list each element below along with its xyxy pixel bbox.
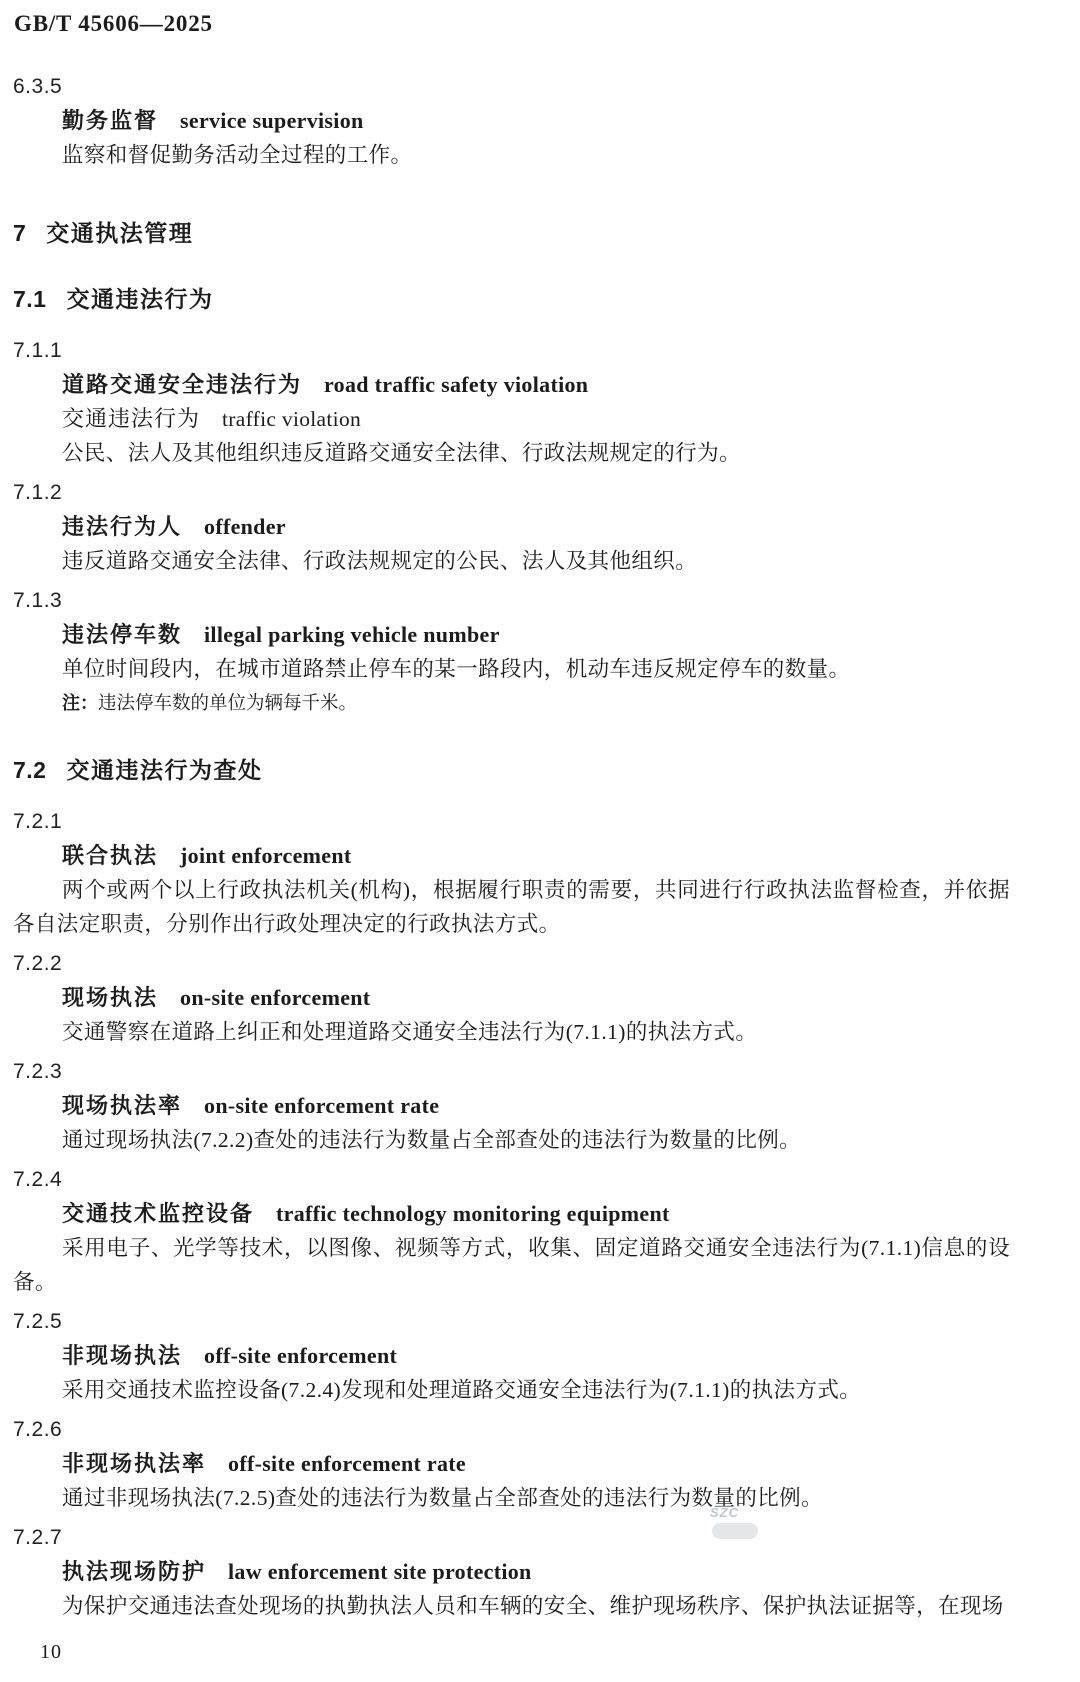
definition-text: 两个或两个以上行政执法机关(机构)，根据履行职责的需要，共同进行行政执法监督检查… [13,873,1010,941]
term-chinese: 现场执法率 [62,1093,182,1118]
definition-text: 公民、法人及其他组织违反道路交通安全法律、行政法规规定的行为。 [13,436,1010,470]
term-entry-7.2.2: 7.2.2现场执法on-site enforcement交通警察在道路上纠正和处… [0,947,1080,1049]
term-entry-7.1.2: 7.1.2违法行为人offender违反道路交通安全法律、行政法规规定的公民、法… [0,476,1080,578]
term-english: traffic violation [222,407,361,431]
term-entry-7.1.1: 7.1.1道路交通安全违法行为road traffic safety viola… [0,334,1080,470]
standard-code-header: GB/T 45606—2025 [14,0,1080,40]
term-row: 执法现场防护law enforcement site protection [62,1555,1080,1589]
clause-number: 7.1.3 [13,584,1080,618]
term-row: 现场执法on-site enforcement [62,981,1080,1015]
term-row: 交通技术监控设备traffic technology monitoring eq… [62,1197,1080,1231]
standard-document-page: GB/T 45606—2025 6.3.5勤务监督service supervi… [0,0,1080,1682]
definition-text: 为保护交通违法查处现场的执勤执法人员和车辆的安全、维护现场秩序、保护执法证据等，… [13,1589,1010,1623]
clause-number: 7.2.4 [13,1163,1080,1197]
term-row: 现场执法率on-site enforcement rate [62,1089,1080,1123]
term-english: offender [204,514,286,539]
clause-number: 7.1.1 [13,334,1080,368]
definition-text: 监察和督促勤务活动全过程的工作。 [13,138,1010,172]
section-title: 交通执法管理 [46,220,193,246]
clause-number: 7.2.6 [13,1413,1080,1447]
term-entry-7.2.4: 7.2.4交通技术监控设备traffic technology monitori… [0,1163,1080,1299]
clause-number: 7.2.1 [13,805,1080,839]
term-row: 联合执法joint enforcement [62,839,1080,873]
clause-number: 7.2.5 [13,1305,1080,1339]
definition-text: 交通警察在道路上纠正和处理道路交通安全违法行为(7.1.1)的执法方式。 [13,1015,1010,1049]
term-chinese: 联合执法 [62,843,158,868]
term-entry-7.2.1: 7.2.1联合执法joint enforcement两个或两个以上行政执法机关(… [0,805,1080,941]
term-chinese: 现场执法 [62,985,158,1010]
section-number: 7.1 [13,286,46,312]
definition-text: 采用电子、光学等技术，以图像、视频等方式，收集、固定道路交通安全违法行为(7.1… [13,1231,1010,1299]
term-chinese: 违法行为人 [62,514,182,539]
page-number: 10 [40,1635,1080,1669]
term-english: off-site enforcement [204,1343,397,1368]
term-english: on-site enforcement [180,985,370,1010]
term-chinese: 勤务监督 [62,108,158,133]
term-row: 违法行为人offender [62,510,1080,544]
definition-text: 单位时间段内，在城市道路禁止停车的某一路段内，机动车违反规定停车的数量。 [13,652,1010,686]
definition-text: 采用交通技术监控设备(7.2.4)发现和处理道路交通安全违法行为(7.1.1)的… [13,1373,1010,1407]
term-entry-7.2.6: 7.2.6非现场执法率off-site enforcement rate通过非现… [0,1413,1080,1515]
term-english: on-site enforcement rate [204,1093,439,1118]
note-text: 违法停车数的单位为辆每千米。 [98,694,357,714]
term-english: illegal parking vehicle number [204,622,500,647]
term-chinese: 交通违法行为 [62,406,200,431]
term-row: 勤务监督service supervision [62,104,1080,138]
term-english: law enforcement site protection [228,1559,532,1584]
term-row: 非现场执法off-site enforcement [62,1339,1080,1373]
section-title: 交通违法行为查处 [66,757,262,783]
term-row: 非现场执法率off-site enforcement rate [62,1447,1080,1481]
definition-text: 通过现场执法(7.2.2)查处的违法行为数量占全部查处的违法行为数量的比例。 [13,1123,1010,1157]
clause-number: 7.2.7 [13,1521,1080,1555]
term-entry-7.1.3: 7.1.3违法停车数illegal parking vehicle number… [0,584,1080,721]
section-heading-7: 7交通执法管理 [13,216,1080,250]
section-number: 7 [13,220,26,246]
term-english: joint enforcement [180,843,351,868]
term-english: road traffic safety violation [324,372,588,397]
term-entry-7.2.3: 7.2.3现场执法率on-site enforcement rate通过现场执法… [0,1055,1080,1157]
term-entry-6.3.5: 6.3.5勤务监督service supervision监察和督促勤务活动全过程… [0,70,1080,172]
term-row: 道路交通安全违法行为road traffic safety violation [62,368,1080,402]
clause-number: 7.2.2 [13,947,1080,981]
term-row: 违法停车数illegal parking vehicle number [62,618,1080,652]
term-chinese: 违法停车数 [62,622,182,647]
term-chinese: 执法现场防护 [62,1559,206,1584]
term-chinese: 交通技术监控设备 [62,1201,254,1226]
section-heading-7.1: 7.1交通违法行为 [13,282,1080,316]
clause-number: 6.3.5 [13,70,1080,104]
clause-number: 7.2.3 [13,1055,1080,1089]
definition-text: 违反道路交通安全法律、行政法规规定的公民、法人及其他组织。 [13,544,1010,578]
term-chinese: 道路交通安全违法行为 [62,372,302,397]
note-label: 注： [62,693,98,713]
term-english: traffic technology monitoring equipment [276,1201,670,1226]
note-line: 注：违法停车数的单位为辆每千米。 [62,686,1080,721]
term-chinese: 非现场执法率 [62,1451,206,1476]
section-heading-7.2: 7.2交通违法行为查处 [13,753,1080,787]
term-entry-7.2.7: 7.2.7执法现场防护law enforcement site protecti… [0,1521,1080,1623]
section-title: 交通违法行为 [66,286,213,312]
section-number: 7.2 [13,757,46,783]
term-chinese: 非现场执法 [62,1343,182,1368]
document-content: 6.3.5勤务监督service supervision监察和督促勤务活动全过程… [0,70,1080,1623]
definition-text: 通过非现场执法(7.2.5)查处的违法行为数量占全部查处的违法行为数量的比例。 [13,1481,1010,1515]
term-english: service supervision [180,108,364,133]
term-english: off-site enforcement rate [228,1451,466,1476]
clause-number: 7.1.2 [13,476,1080,510]
term-row: 交通违法行为traffic violation [62,402,1080,436]
term-entry-7.2.5: 7.2.5非现场执法off-site enforcement采用交通技术监控设备… [0,1305,1080,1407]
